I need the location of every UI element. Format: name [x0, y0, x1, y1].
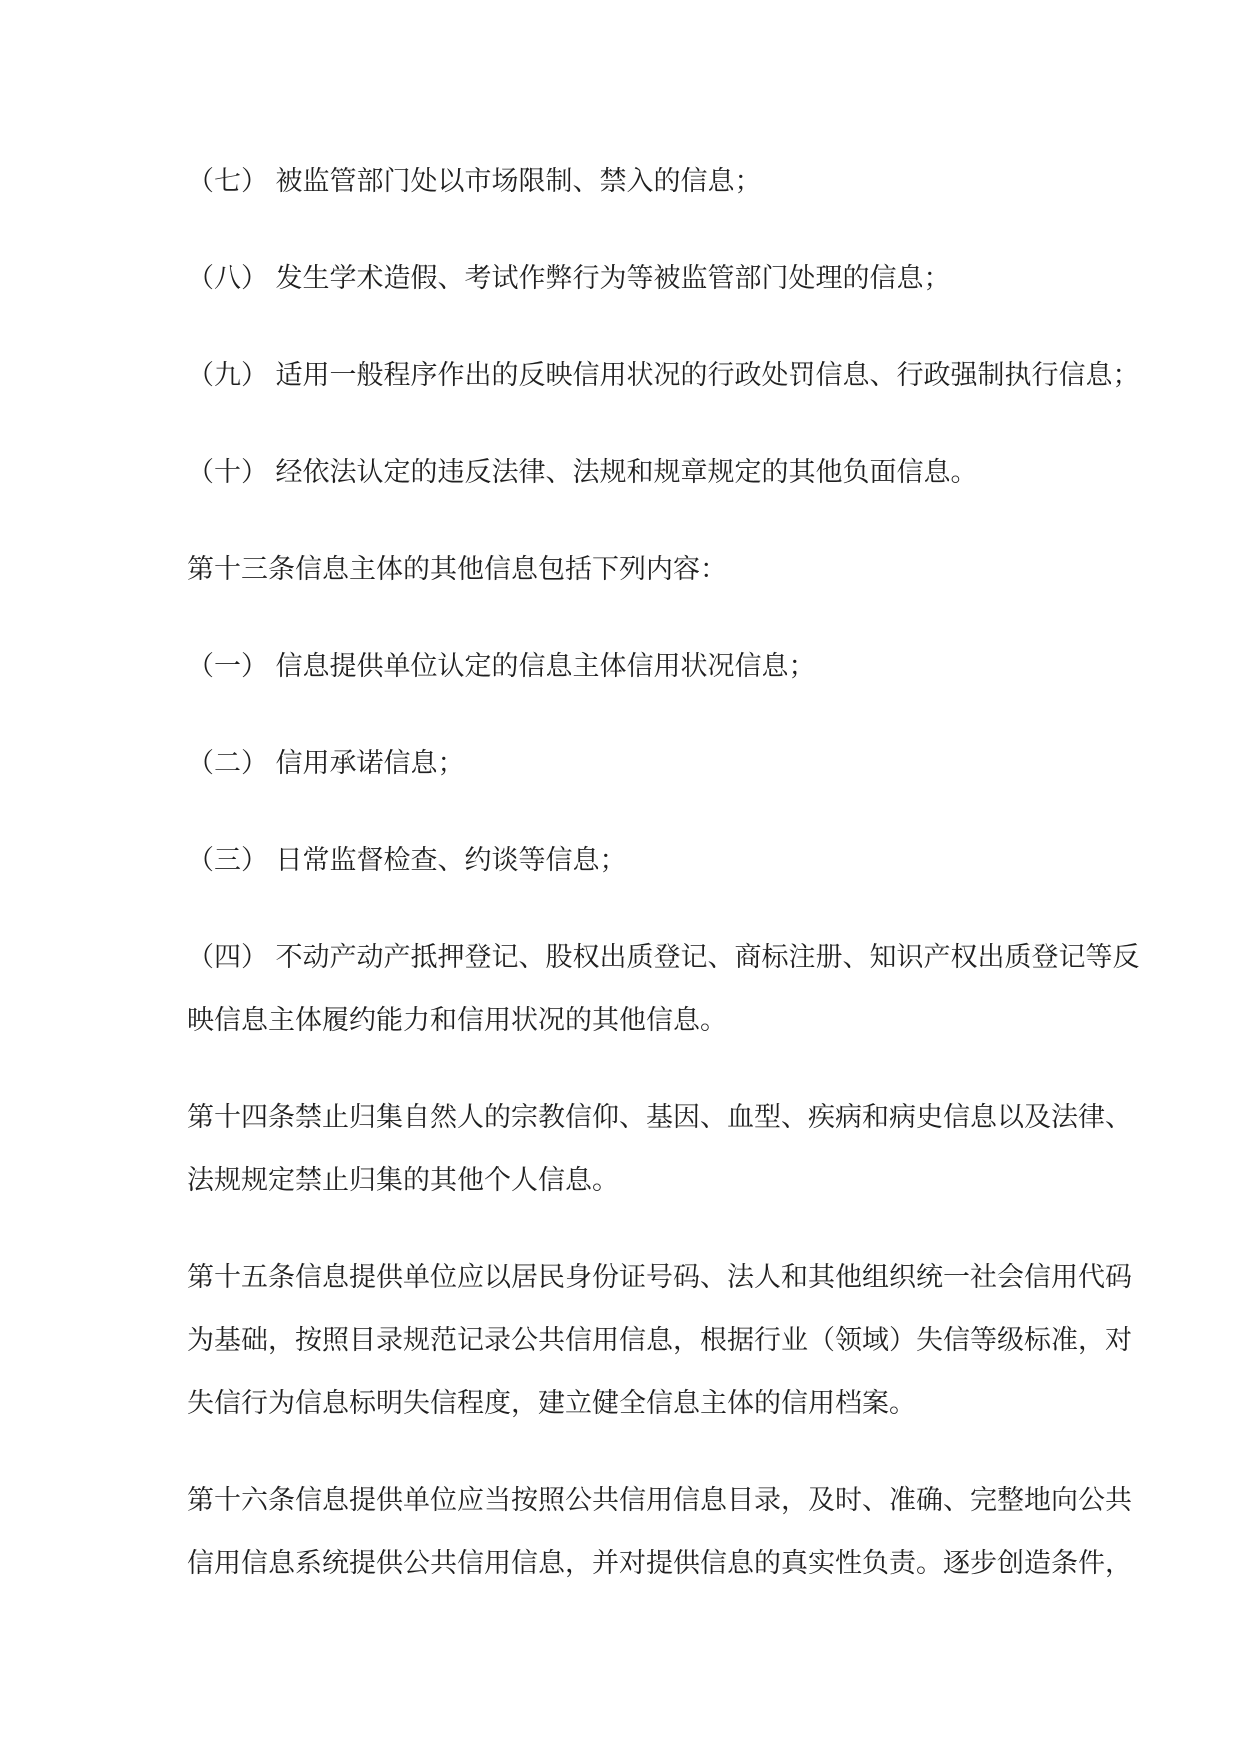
- text-line: 第十五条信息提供单位应以居民身份证号码、法人和其他组织统一社会信用代码: [187, 1246, 1183, 1309]
- paragraph-item-9: （九） 适用一般程序作出的反映信用状况的行政处罚信息、行政强制执行信息；: [187, 344, 1183, 407]
- text-line: 第十六条信息提供单位应当按照公共信用信息目录，及时、准确、完整地向公共: [187, 1469, 1183, 1532]
- paragraph-article-16: 第十六条信息提供单位应当按照公共信用信息目录，及时、准确、完整地向公共 信用信息…: [187, 1469, 1183, 1595]
- paragraph-item-4: （四） 不动产动产抵押登记、股权出质登记、商标注册、知识产权出质登记等反 映信息…: [187, 926, 1183, 1052]
- text-line: （一） 信息提供单位认定的信息主体信用状况信息；: [187, 635, 1183, 698]
- paragraph-article-15: 第十五条信息提供单位应以居民身份证号码、法人和其他组织统一社会信用代码 为基础，…: [187, 1246, 1183, 1435]
- text-line: 信用信息系统提供公共信用信息，并对提供信息的真实性负责。逐步创造条件，: [187, 1532, 1183, 1595]
- text-line: （八） 发生学术造假、考试作弊行为等被监管部门处理的信息；: [187, 247, 1183, 310]
- paragraph-article-14: 第十四条禁止归集自然人的宗教信仰、基因、血型、疾病和病史信息以及法律、 法规规定…: [187, 1086, 1183, 1212]
- paragraph-item-8: （八） 发生学术造假、考试作弊行为等被监管部门处理的信息；: [187, 247, 1183, 310]
- text-line: （十） 经依法认定的违反法律、法规和规章规定的其他负面信息。: [187, 441, 1183, 504]
- document-content: （七） 被监管部门处以市场限制、禁入的信息； （八） 发生学术造假、考试作弊行为…: [187, 150, 1183, 1629]
- text-line: 法规规定禁止归集的其他个人信息。: [187, 1149, 1183, 1212]
- paragraph-item-10: （十） 经依法认定的违反法律、法规和规章规定的其他负面信息。: [187, 441, 1183, 504]
- paragraph-item-1: （一） 信息提供单位认定的信息主体信用状况信息；: [187, 635, 1183, 698]
- text-line: 映信息主体履约能力和信用状况的其他信息。: [187, 989, 1183, 1052]
- text-line: （二） 信用承诺信息；: [187, 732, 1183, 795]
- paragraph-item-2: （二） 信用承诺信息；: [187, 732, 1183, 795]
- paragraph-item-3: （三） 日常监督检查、约谈等信息；: [187, 829, 1183, 892]
- text-line: 第十三条信息主体的其他信息包括下列内容：: [187, 538, 1183, 601]
- document-page: （七） 被监管部门处以市场限制、禁入的信息； （八） 发生学术造假、考试作弊行为…: [0, 0, 1241, 1754]
- text-line: （三） 日常监督检查、约谈等信息；: [187, 829, 1183, 892]
- text-line: 为基础，按照目录规范记录公共信用信息，根据行业（领域）失信等级标准，对: [187, 1309, 1183, 1372]
- text-line: （九） 适用一般程序作出的反映信用状况的行政处罚信息、行政强制执行信息；: [187, 344, 1183, 407]
- text-line: （七） 被监管部门处以市场限制、禁入的信息；: [187, 150, 1183, 213]
- text-line: 第十四条禁止归集自然人的宗教信仰、基因、血型、疾病和病史信息以及法律、: [187, 1086, 1183, 1149]
- text-line: （四） 不动产动产抵押登记、股权出质登记、商标注册、知识产权出质登记等反: [187, 926, 1183, 989]
- paragraph-article-13: 第十三条信息主体的其他信息包括下列内容：: [187, 538, 1183, 601]
- paragraph-item-7: （七） 被监管部门处以市场限制、禁入的信息；: [187, 150, 1183, 213]
- text-line: 失信行为信息标明失信程度，建立健全信息主体的信用档案。: [187, 1372, 1183, 1435]
